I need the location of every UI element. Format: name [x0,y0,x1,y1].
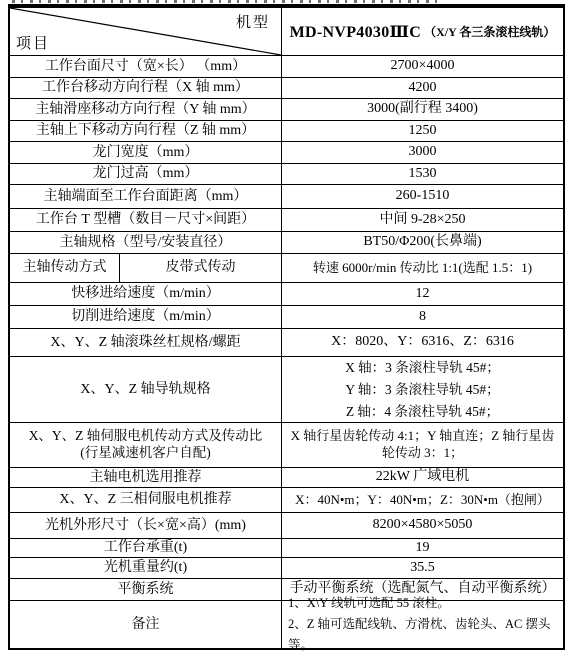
row-value: 转速 6000r/min 传动比 1:1(选配 1.5：1) [282,254,563,282]
spec-sheet-page: 机型 项目 MD-NVP4030ⅢC （X/Y 各三条滚柱线轨） 工作台面尺寸（… [0,0,580,655]
table-row: 主轴上下移动方向行程（Z 轴 mm）1250 [10,120,563,141]
row-label: 工作台 T 型槽（数目－尺寸×间距） [10,209,282,231]
row-label: 光机外形尺寸（长×宽×高）(mm) [10,513,282,538]
row-label: 备注 [10,601,282,648]
row-label: 平衡系统 [10,579,282,600]
spec-table: 机型 项目 MD-NVP4030ⅢC （X/Y 各三条滚柱线轨） 工作台面尺寸（… [8,4,565,650]
table-row: X、Y、Z 轴伺服电机传动方式及传动比(行星减速机客户自配)X 轴行星齿轮传动 … [10,422,563,467]
model-note: （X/Y 各三条滚柱线轨） [424,23,555,40]
row-value: 1、X\Y 线轨可选配 55 滚柱。2、Z 轴可选配线轨、方滑枕、齿轮头、AC … [282,601,563,648]
table-row: 龙门过高（mm）1530 [10,163,563,184]
table-row: 工作台 T 型槽（数目－尺寸×间距）中间 9-28×250 [10,208,563,231]
table-row: 龙门宽度（mm）3000 [10,141,563,163]
table-row: 光机重量约(t)35.5 [10,557,563,578]
row-value: 19 [282,539,563,557]
row-value: 1530 [282,164,563,184]
row-label: 龙门宽度（mm） [10,142,282,163]
row-label: 光机重量约(t) [10,558,282,578]
row-label: 主轴端面至工作台面距离（mm） [10,185,282,208]
row-value-line: X 轴：3 条滚柱导轨 45#； [345,357,500,379]
row-value: 8 [282,306,563,328]
row-value: 3000 [282,142,563,163]
row-label: X、Y、Z 轴导轨规格 [10,357,282,422]
row-value-line: Z 轴：4 条滚柱导轨 45#； [346,401,499,423]
row-value: X 轴行星齿轮传动 4:1；Y 轴直连；Z 轴行星齿轮传动 3：1； [282,423,563,467]
table-row: 备注1、X\Y 线轨可选配 55 滚柱。2、Z 轴可选配线轨、方滑枕、齿轮头、A… [10,600,563,648]
row-label: X、Y、Z 轴滚珠丝杠规格/螺距 [10,329,282,356]
row-value-line: 2、Z 轴可选配线轨、方滑枕、齿轮头、AC 摆头等。 [288,614,561,655]
row-label: X、Y、Z 三相伺服电机推荐 [10,488,282,512]
header-model-cell: MD-NVP4030ⅢC （X/Y 各三条滚柱线轨） [282,8,563,55]
row-value-line: Y 轴：3 条滚柱导轨 45#； [345,379,499,401]
row-value: 12 [282,283,563,305]
table-row: 主轴滑座移动方向行程（Y 轴 mm）3000(副行程 3400) [10,98,563,120]
row-value: 260-1510 [282,185,563,208]
row-label: 主轴上下移动方向行程（Z 轴 mm） [10,121,282,141]
row-label: 主轴电机选用推荐 [10,468,282,487]
row-label: 主轴传动方式 [10,254,120,282]
table-row: X、Y、Z 三相伺服电机推荐X：40N•m；Y：40N•m；Z：30N•m（抱闸… [10,487,563,512]
row-value: X：40N•m；Y：40N•m；Z：30N•m（抱闸） [282,488,563,512]
table-row: 切削进给速度（m/min）8 [10,305,563,328]
row-value: 3000(副行程 3400) [282,99,563,120]
row-value: 4200 [282,78,563,98]
row-sublabel: 皮带式传动 [120,254,281,282]
row-value: 22kW 广域电机 [282,468,563,487]
row-value: 1250 [282,121,563,141]
row-label: 工作台面尺寸（宽×长） （mm） [10,56,282,77]
row-value-line: 1、X\Y 线轨可选配 55 滚柱。 [288,593,450,614]
row-value: X 轴：3 条滚柱导轨 45#；Y 轴：3 条滚柱导轨 45#；Z 轴：4 条滚… [282,357,563,422]
row-label: X、Y、Z 轴伺服电机传动方式及传动比(行星减速机客户自配) [10,423,282,467]
row-label: 主轴滑座移动方向行程（Y 轴 mm） [10,99,282,120]
corner-label-model: 机型 [236,11,270,32]
row-value: 8200×4580×5050 [282,513,563,538]
row-label: 快移进给速度（m/min） [10,283,282,305]
table-row: X、Y、Z 轴导轨规格X 轴：3 条滚柱导轨 45#；Y 轴：3 条滚柱导轨 4… [10,356,563,422]
table-row: 主轴端面至工作台面距离（mm）260-1510 [10,184,563,208]
row-label: 龙门过高（mm） [10,164,282,184]
table-row: 工作台移动方向行程（X 轴 mm）4200 [10,77,563,98]
table-header-row: 机型 项目 MD-NVP4030ⅢC （X/Y 各三条滚柱线轨） [10,8,563,55]
row-label-group: 主轴传动方式皮带式传动 [10,254,282,282]
row-value: 2700×4000 [282,56,563,77]
model-name: MD-NVP4030ⅢC [290,22,422,42]
row-label: 切削进给速度（m/min） [10,306,282,328]
row-value: 中间 9-28×250 [282,209,563,231]
table-row: 快移进给速度（m/min）12 [10,282,563,305]
table-row: 主轴电机选用推荐22kW 广域电机 [10,467,563,487]
table-row: 工作台面尺寸（宽×长） （mm）2700×4000 [10,55,563,77]
row-value: X：8020、Y：6316、Z：6316 [282,329,563,356]
table-row: 主轴传动方式皮带式传动转速 6000r/min 传动比 1:1(选配 1.5：1… [10,253,563,282]
table-row: 光机外形尺寸（长×宽×高）(mm)8200×4580×5050 [10,512,563,538]
row-value: BT50/Φ200(长鼻端) [282,232,563,253]
spec-table-body: 工作台面尺寸（宽×长） （mm）2700×4000工作台移动方向行程（X 轴 m… [10,55,563,648]
table-row: 工作台承重(t)19 [10,538,563,557]
row-label: 主轴规格（型号/安装直径） [10,232,282,253]
corner-label-item: 项目 [16,32,50,53]
header-corner-cell: 机型 项目 [10,8,282,55]
table-row: 平衡系统手动平衡系统（选配氮气、自动平衡系统） [10,578,563,600]
table-row: 主轴规格（型号/安装直径）BT50/Φ200(长鼻端) [10,231,563,253]
cropped-text-fragments [12,0,442,3]
row-label: 工作台承重(t) [10,539,282,557]
table-row: X、Y、Z 轴滚珠丝杠规格/螺距X：8020、Y：6316、Z：6316 [10,328,563,356]
row-label: 工作台移动方向行程（X 轴 mm） [10,78,282,98]
row-value: 35.5 [282,558,563,578]
